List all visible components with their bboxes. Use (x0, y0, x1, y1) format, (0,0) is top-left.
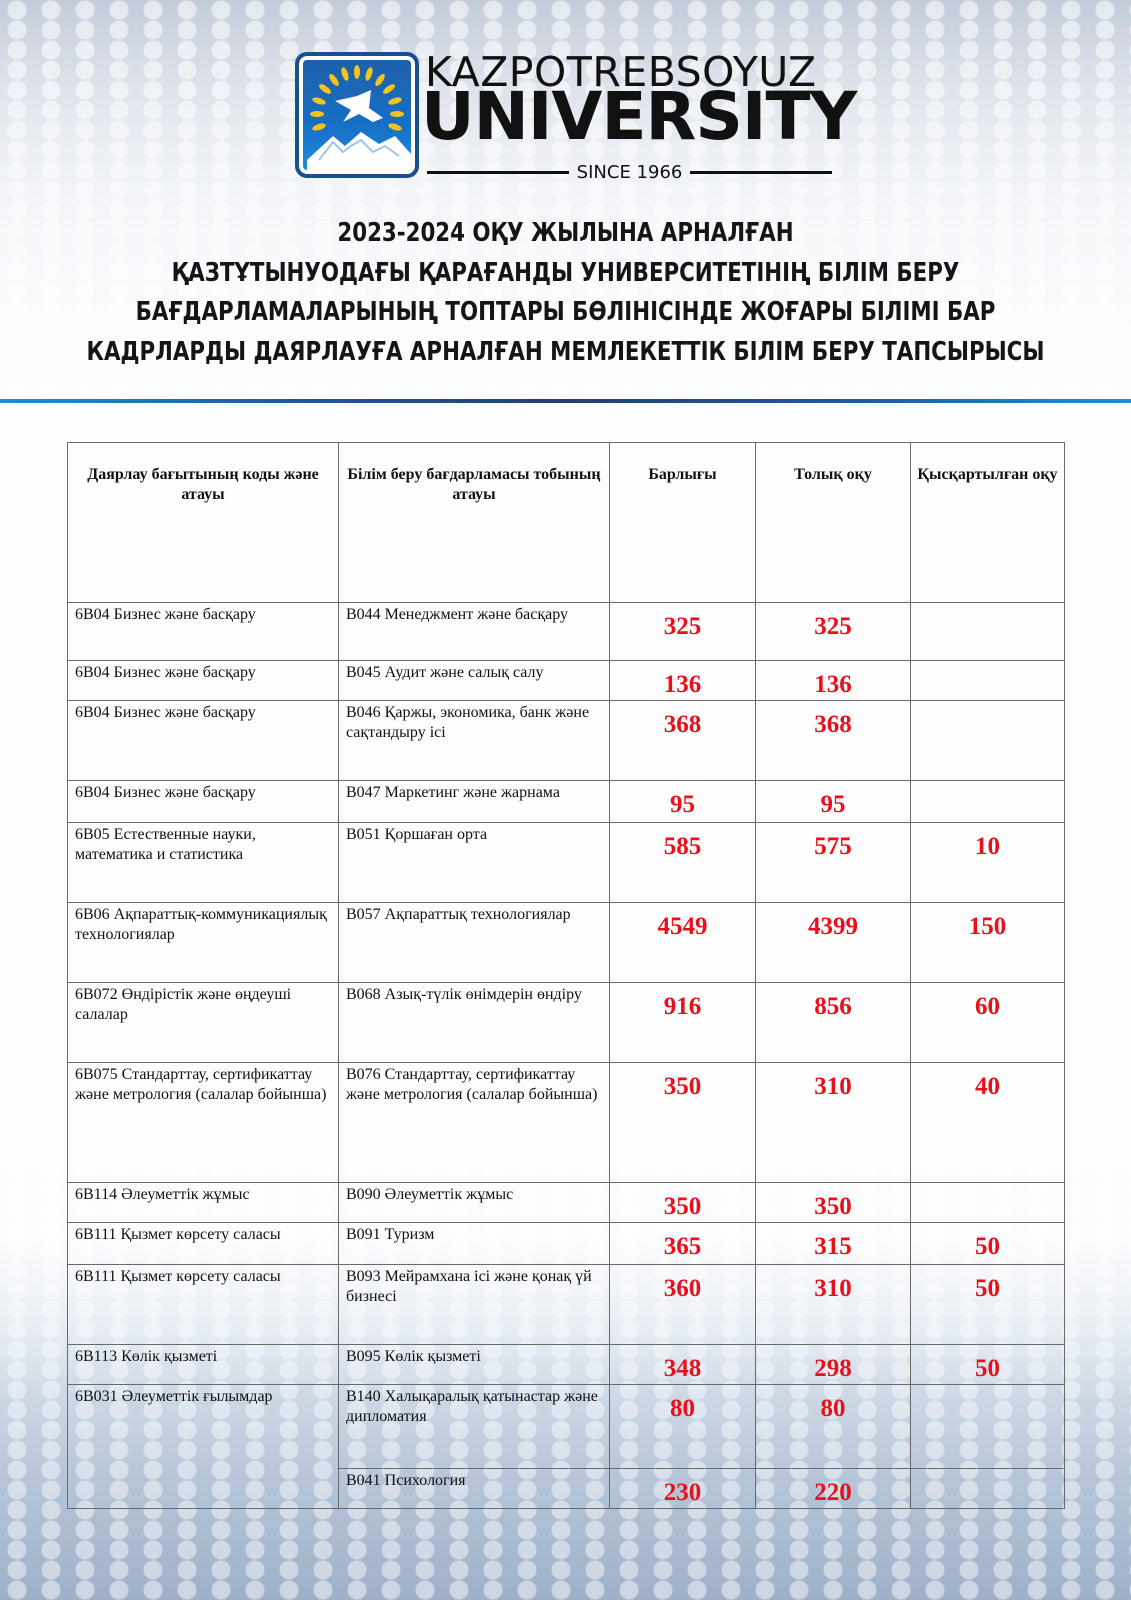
cell-direction: 6В111 Қызмет көрсету саласы (68, 1265, 339, 1345)
cell-full-time: 350 (756, 1183, 911, 1223)
cell-full-time: 325 (756, 603, 911, 661)
table-row: 6В05 Естественные науки, математика и ст… (68, 823, 1065, 903)
cell-full-time: 80 (756, 1385, 911, 1469)
cell-direction: 6В113 Көлік қызметі (68, 1345, 339, 1385)
cell-full-time: 220 (756, 1469, 911, 1509)
cell-direction: 6В114 Әлеуметтік жұмыс (68, 1183, 339, 1223)
cell-program: В095 Көлік қызметі (339, 1345, 610, 1385)
cell-shortened: 10 (911, 823, 1065, 903)
cell-total: 360 (610, 1265, 756, 1345)
header-program: Білім беру бағдарламасы тобының атауы (339, 443, 610, 603)
table-row: 6В075 Стандарттау, сертификаттау және ме… (68, 1063, 1065, 1183)
table-row: 6В04 Бизнес және басқаруВ047 Маркетинг ж… (68, 781, 1065, 823)
title-line-3: БАҒДАРЛАМАЛАРЫНЫҢ ТОПТАРЫ БӨЛІНІСІНДЕ ЖО… (40, 293, 1092, 333)
cell-total: 368 (610, 701, 756, 781)
cell-full-time: 95 (756, 781, 911, 823)
cell-total: 80 (610, 1385, 756, 1469)
table-row: 6В113 Көлік қызметіВ095 Көлік қызметі348… (68, 1345, 1065, 1385)
header-shortened: Қысқартылған оқу (911, 443, 1065, 603)
cell-total: 4549 (610, 903, 756, 983)
university-logo: KAZPOTREBSOYUZ UNIVERSITY SINCE 1966 (295, 52, 835, 187)
title-line-4: КАДРЛАРДЫ ДАЯРЛАУҒА АРНАЛҒАН МЕМЛЕКЕТТІК… (40, 333, 1092, 373)
table-row: 6В111 Қызмет көрсету саласыВ093 Мейрамха… (68, 1265, 1065, 1345)
page-title: 2023-2024 ОҚУ ЖЫЛЫНА АРНАЛҒАН ҚАЗТҰТЫНУО… (40, 214, 1092, 372)
rule-left (427, 171, 569, 174)
cell-program: В068 Азық-түлік өнімдерін өндіру (339, 983, 610, 1063)
cell-program: В140 Халықаралық қатынастар және диплома… (339, 1385, 610, 1469)
cell-full-time: 298 (756, 1345, 911, 1385)
table-row: 6В031 Әлеуметтік ғылымдарВ140 Халықаралы… (68, 1385, 1065, 1469)
cell-total: 350 (610, 1183, 756, 1223)
cell-full-time: 368 (756, 701, 911, 781)
table-row: 6В072 Өндірістік және өңдеуші салаларВ06… (68, 983, 1065, 1063)
header-direction: Даярлау бағытының коды және атауы (68, 443, 339, 603)
cell-program: В041 Психология (339, 1469, 610, 1509)
since-text: SINCE 1966 (577, 162, 683, 183)
cell-shortened: 40 (911, 1063, 1065, 1183)
cell-program: В091 Туризм (339, 1223, 610, 1265)
cell-shortened (911, 661, 1065, 701)
cell-shortened (911, 1183, 1065, 1223)
title-line-2: ҚАЗТҰТЫНУОДАҒЫ ҚАРАҒАНДЫ УНИВЕРСИТЕТІНІҢ… (40, 254, 1092, 294)
cell-total: 916 (610, 983, 756, 1063)
table-header-row: Даярлау бағытының коды және атауы Білім … (68, 443, 1065, 603)
cell-total: 95 (610, 781, 756, 823)
cell-full-time: 856 (756, 983, 911, 1063)
cell-program: В051 Қоршаған орта (339, 823, 610, 903)
cell-direction: 6В04 Бизнес және басқару (68, 603, 339, 661)
cell-shortened: 50 (911, 1223, 1065, 1265)
cell-total: 350 (610, 1063, 756, 1183)
university-emblem-icon (295, 52, 419, 178)
title-line-1: 2023-2024 ОҚУ ЖЫЛЫНА АРНАЛҒАН (40, 214, 1092, 254)
cell-direction: 6В04 Бизнес және басқару (68, 701, 339, 781)
cell-full-time: 310 (756, 1063, 911, 1183)
cell-total: 230 (610, 1469, 756, 1509)
table-row: 6В04 Бизнес және басқаруВ045 Аудит және … (68, 661, 1065, 701)
cell-shortened: 50 (911, 1345, 1065, 1385)
cell-program: В076 Стандарттау, сертификаттау және мет… (339, 1063, 610, 1183)
cell-program: В046 Қаржы, экономика, банк және сақтанд… (339, 701, 610, 781)
cell-shortened (911, 603, 1065, 661)
header-divider (0, 399, 1131, 403)
cell-direction: 6В031 Әлеуметтік ғылымдар (68, 1385, 339, 1509)
cell-shortened (911, 1385, 1065, 1469)
state-order-table: Даярлау бағытының коды және атауы Білім … (67, 442, 1065, 1509)
cell-full-time: 315 (756, 1223, 911, 1265)
table-row: 6В04 Бизнес және басқаруВ046 Қаржы, экон… (68, 701, 1065, 781)
cell-total: 365 (610, 1223, 756, 1265)
table-row: 6В06 Ақпараттық-коммуникациялық технолог… (68, 903, 1065, 983)
cell-direction: 6В075 Стандарттау, сертификаттау және ме… (68, 1063, 339, 1183)
cell-full-time: 310 (756, 1265, 911, 1345)
cell-program: В044 Менеджмент және басқару (339, 603, 610, 661)
cell-program: В090 Әлеуметтік жұмыс (339, 1183, 610, 1223)
cell-shortened (911, 1469, 1065, 1509)
cell-direction: 6В111 Қызмет көрсету саласы (68, 1223, 339, 1265)
cell-shortened (911, 701, 1065, 781)
cell-direction: 6В06 Ақпараттық-коммуникациялық технолог… (68, 903, 339, 983)
header-total: Барлығы (610, 443, 756, 603)
cell-shortened: 60 (911, 983, 1065, 1063)
cell-total: 136 (610, 661, 756, 701)
cell-shortened (911, 781, 1065, 823)
cell-direction: 6В072 Өндірістік және өңдеуші салалар (68, 983, 339, 1063)
table-row: 6В04 Бизнес және басқаруВ044 Менеджмент … (68, 603, 1065, 661)
since-row: SINCE 1966 (427, 160, 832, 184)
cell-total: 585 (610, 823, 756, 903)
cell-program: В047 Маркетинг және жарнама (339, 781, 610, 823)
rule-right (690, 171, 832, 174)
cell-full-time: 4399 (756, 903, 911, 983)
cell-program: В093 Мейрамхана ісі және қонақ үй бизнес… (339, 1265, 610, 1345)
table-row: 6В111 Қызмет көрсету саласыВ091 Туризм36… (68, 1223, 1065, 1265)
header-full-time: Толық оқу (756, 443, 911, 603)
cell-shortened: 150 (911, 903, 1065, 983)
table-row: 6В114 Әлеуметтік жұмысВ090 Әлеуметтік жұ… (68, 1183, 1065, 1223)
cell-program: В045 Аудит және салық салу (339, 661, 610, 701)
cell-direction: 6В04 Бизнес және басқару (68, 781, 339, 823)
cell-full-time: 575 (756, 823, 911, 903)
brand-name-line2: UNIVERSITY (421, 84, 856, 150)
cell-program: В057 Ақпараттық технологиялар (339, 903, 610, 983)
cell-full-time: 136 (756, 661, 911, 701)
cell-total: 325 (610, 603, 756, 661)
cell-shortened: 50 (911, 1265, 1065, 1345)
cell-total: 348 (610, 1345, 756, 1385)
cell-direction: 6В05 Естественные науки, математика и ст… (68, 823, 339, 903)
cell-direction: 6В04 Бизнес және басқару (68, 661, 339, 701)
